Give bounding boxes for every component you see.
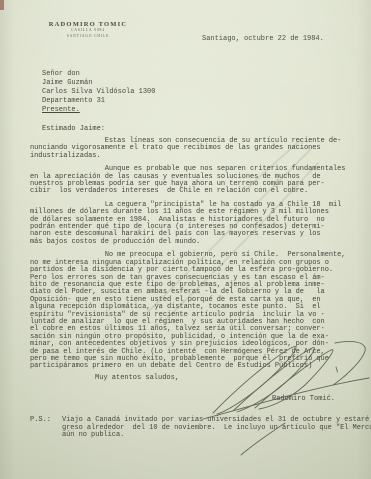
text-line: Jaime Guzmán bbox=[42, 79, 155, 88]
scanned-letter-page: RADOMIRO TOMIC CASILLA 9084 SANTIAGO CHI… bbox=[0, 0, 371, 479]
recipient-block: Señor donJaime GuzmánCarlos Silva Vildós… bbox=[42, 70, 155, 115]
recipient-lines: Señor donJaime GuzmánCarlos Silva Vildós… bbox=[42, 70, 155, 106]
recipient-present-line: Presente. bbox=[42, 106, 155, 115]
paper-speck bbox=[0, 0, 4, 10]
text-line: aún no publica. bbox=[62, 432, 371, 440]
closing-line: Muy atentos saludos, bbox=[95, 374, 179, 382]
date-line: Santiago, octubre 22 de 1984. bbox=[202, 35, 324, 43]
text-line: Carlos Silva Vildósola 1300 bbox=[42, 88, 155, 97]
salutation: Estimado Jaime: bbox=[42, 125, 105, 133]
letterhead-name: RADOMIRO TOMIC bbox=[48, 21, 128, 28]
text-line: Señor don bbox=[42, 70, 155, 79]
postscript-text: Viajo a Canadá invitado por varias unive… bbox=[62, 417, 371, 440]
letterhead: RADOMIRO TOMIC CASILLA 9084 SANTIAGO CHI… bbox=[48, 21, 128, 39]
typed-signature-name: Radomiro Tomić. bbox=[272, 395, 335, 403]
paragraph: La ceguera "principista" le ha costado y… bbox=[30, 202, 365, 246]
paragraph: Estas líneas son consecuencia de su artí… bbox=[30, 138, 365, 160]
paragraph: Aunque es probable que nos separen crite… bbox=[30, 166, 365, 196]
postscript-label: P.S.: bbox=[30, 417, 62, 440]
letterhead-address-line2: SANTIAGO CHILE bbox=[48, 34, 128, 40]
text-line: cibir los verdaderos intereses de Chile … bbox=[30, 188, 365, 195]
text-line: Departamento 31 bbox=[42, 97, 155, 106]
text-line: más bajos costos de producción del mundo… bbox=[30, 239, 365, 246]
text-line: industrializadas. bbox=[30, 153, 365, 160]
postscript: P.S.: Viajo a Canadá invitado por varias… bbox=[30, 417, 371, 440]
